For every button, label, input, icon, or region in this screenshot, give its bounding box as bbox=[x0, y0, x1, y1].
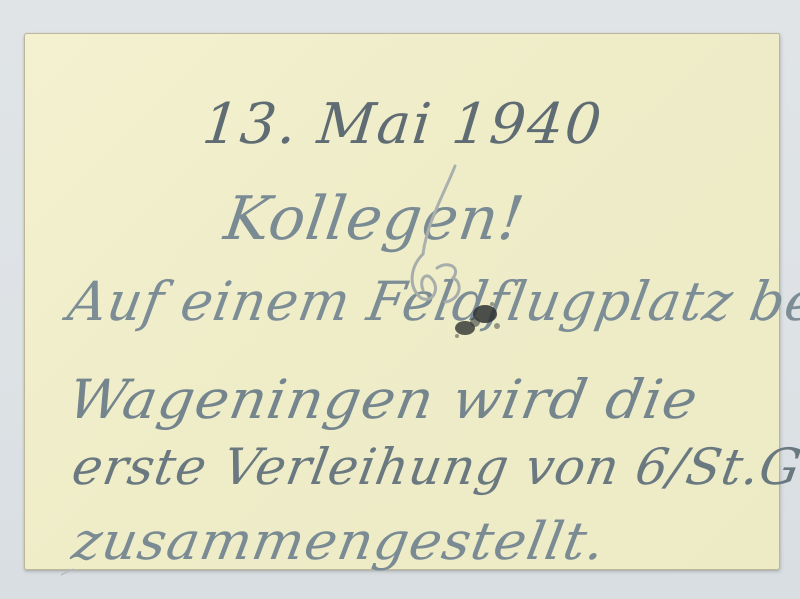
note-card: 13. Mai 1940 Kollegen! Auf einem Feldflu… bbox=[24, 33, 780, 570]
body-line-2: Wageningen wird die bbox=[63, 368, 703, 431]
salutation-line: Kollegen! bbox=[220, 184, 529, 254]
date-line: 13. Mai 1940 bbox=[200, 92, 607, 157]
body-line-1: Auf einem Feldflugplatz bei bbox=[63, 270, 800, 333]
body-line-4: zusammengestellt. bbox=[68, 512, 611, 572]
body-line-3: erste Verleihung von 6/St.G. „DF“ bbox=[68, 438, 800, 496]
photo-background: 13. Mai 1940 Kollegen! Auf einem Feldflu… bbox=[0, 0, 800, 599]
